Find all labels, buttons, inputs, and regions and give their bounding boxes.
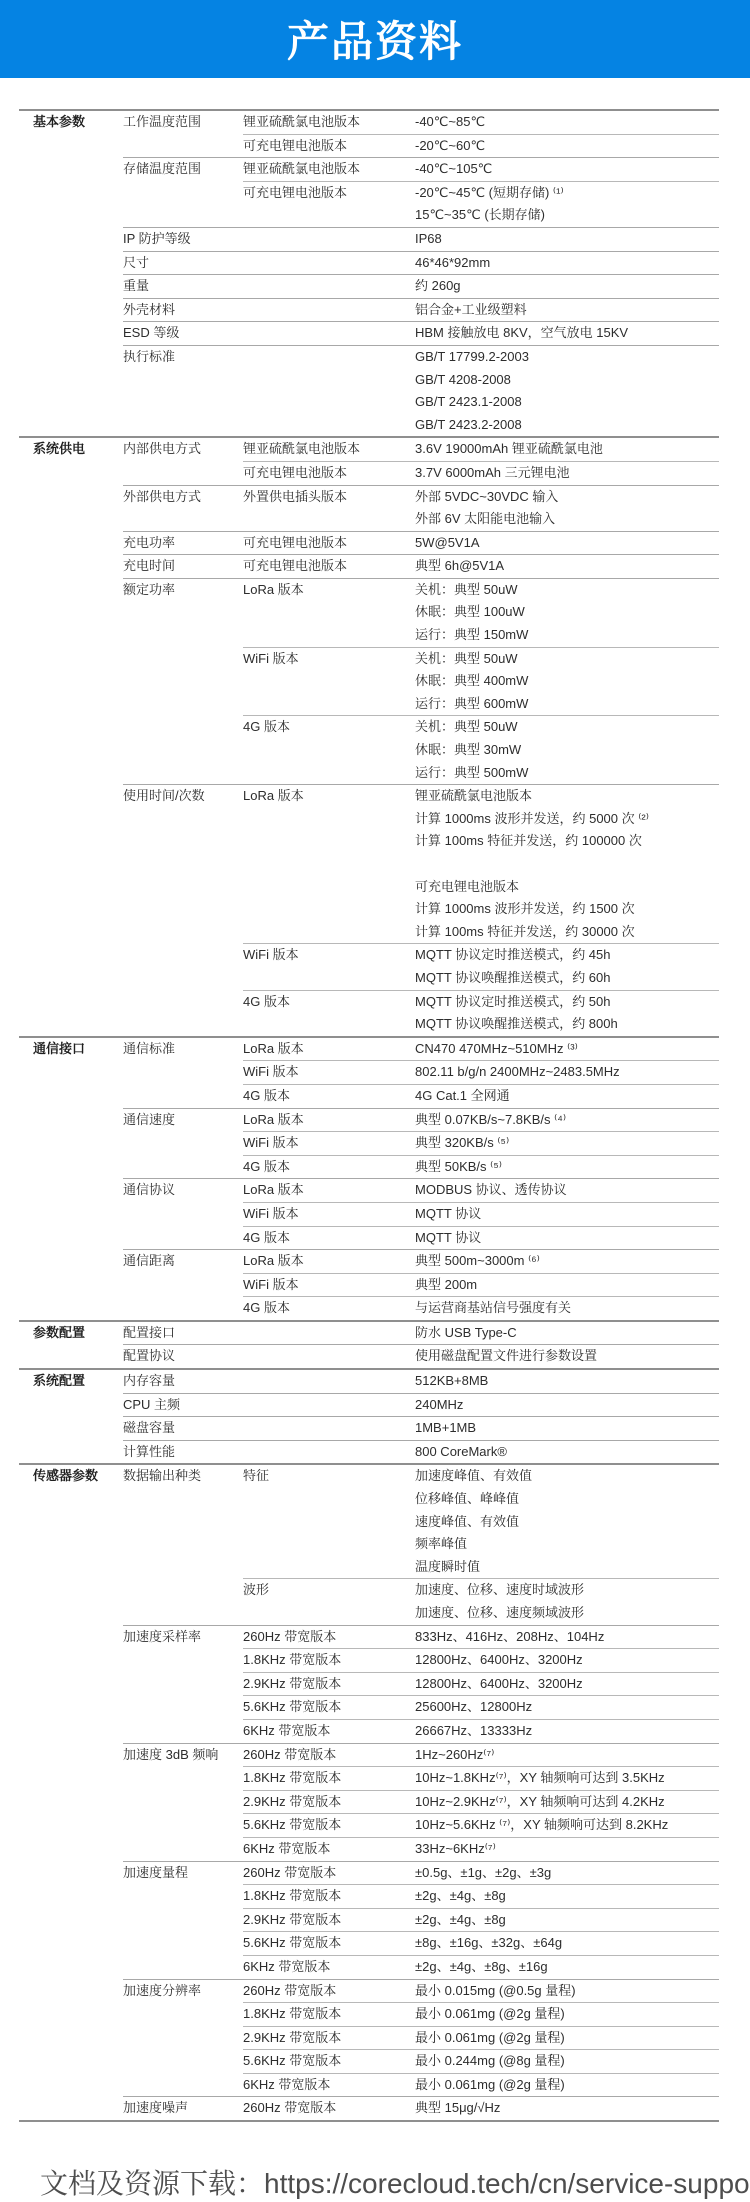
category-cell	[19, 182, 123, 205]
value-cell: 3.6V 19000mAh 锂亚硫酰氯电池	[415, 438, 719, 461]
param-cell	[123, 1203, 243, 1226]
value-line: MQTT 协议定时推送模式，约 45h	[415, 944, 719, 967]
version-cell: LoRa 版本	[243, 1179, 415, 1202]
version-cell: 可充电锂电池版本	[243, 135, 415, 158]
version-cell: LoRa 版本	[243, 1250, 415, 1273]
value-cell: 10Hz~1.8KHz⁽⁷⁾，XY 轴频响可达到 3.5KHz	[415, 1767, 719, 1790]
value-cell: 800 CoreMark®	[415, 1441, 719, 1464]
table-row: 5.6KHz 带宽版本±8g、±16g、±32g、±64g	[19, 1932, 719, 1955]
param-cell: 配置接口	[123, 1322, 243, 1345]
param-cell	[123, 1932, 243, 1955]
value-line: CN470 470MHz~510MHz ⁽³⁾	[415, 1038, 719, 1061]
param-cell	[123, 1227, 243, 1250]
version-cell	[243, 1370, 415, 1393]
value-cell: 10Hz~5.6KHz ⁽⁷⁾，XY 轴频响可达到 8.2KHz	[415, 1814, 719, 1837]
param-cell: 数据输出种类	[123, 1465, 243, 1488]
value-cell: GB/T 17799.2-2003GB/T 4208-2008GB/T 2423…	[415, 346, 719, 436]
value-line: 温度瞬时值	[415, 1556, 719, 1579]
param-cell: 通信距离	[123, 1250, 243, 1273]
value-line: 防水 USB Type-C	[415, 1322, 719, 1345]
version-cell: 1.8KHz 带宽版本	[243, 1767, 415, 1790]
param-cell: 通信标准	[123, 1038, 243, 1061]
value-cell: 46*46*92mm	[415, 252, 719, 275]
value-cell: 最小 0.015mg (@0.5g 量程)	[415, 1980, 719, 2003]
value-cell: ±8g、±16g、±32g、±64g	[415, 1932, 719, 1955]
value-cell: 铝合金+工业级塑料	[415, 299, 719, 322]
version-cell: 1.8KHz 带宽版本	[243, 2003, 415, 2026]
value-cell: 1Hz~260Hz⁽⁷⁾	[415, 1744, 719, 1767]
version-cell	[243, 252, 415, 275]
value-cell: MQTT 协议	[415, 1227, 719, 1250]
value-line: 约 260g	[415, 275, 719, 298]
param-cell: 外部供电方式	[123, 486, 243, 509]
value-cell: MQTT 协议定时推送模式，约 50hMQTT 协议唤醒推送模式，约 800h	[415, 991, 719, 1036]
param-cell	[123, 1838, 243, 1861]
category-cell	[19, 648, 123, 671]
value-line: 外部 5VDC~30VDC 输入	[415, 486, 719, 509]
value-cell: 25600Hz、12800Hz	[415, 1696, 719, 1719]
spec-table: 基本参数工作温度范围锂亚硫酰氯电池版本-40℃~85℃可充电锂电池版本-20℃~…	[19, 109, 719, 2122]
version-cell: WiFi 版本	[243, 1203, 415, 1226]
version-cell: 260Hz 带宽版本	[243, 1744, 415, 1767]
value-cell: 与运营商基站信号强度有关	[415, 1297, 719, 1320]
value-cell: 典型 500m~3000m ⁽⁶⁾	[415, 1250, 719, 1273]
param-cell: 内部供电方式	[123, 438, 243, 461]
table-row: 外部供电方式外置供电插头版本外部 5VDC~30VDC 输入外部 6V 太阳能电…	[19, 486, 719, 531]
param-cell: IP 防护等级	[123, 228, 243, 251]
version-cell: WiFi 版本	[243, 1274, 415, 1297]
value-cell: 最小 0.061mg (@2g 量程)	[415, 2074, 719, 2097]
table-row: 4G 版本MQTT 协议	[19, 1227, 719, 1250]
value-cell: 典型 50KB/s ⁽⁵⁾	[415, 1156, 719, 1179]
param-cell	[123, 1649, 243, 1672]
value-line: 10Hz~5.6KHz ⁽⁷⁾，XY 轴频响可达到 8.2KHz	[415, 1814, 719, 1837]
version-cell	[243, 275, 415, 298]
version-cell: WiFi 版本	[243, 648, 415, 671]
param-cell: CPU 主频	[123, 1394, 243, 1417]
category-cell	[19, 1767, 123, 1790]
category-cell: 传感器参数	[19, 1465, 123, 1488]
table-row: 6KHz 带宽版本26667Hz、13333Hz	[19, 1720, 719, 1743]
version-cell: 4G 版本	[243, 1227, 415, 1250]
table-row: 加速度噪声260Hz 带宽版本典型 15μg/√Hz	[19, 2097, 719, 2120]
table-row: 系统供电内部供电方式锂亚硫酰氯电池版本3.6V 19000mAh 锂亚硫酰氯电池	[19, 438, 719, 461]
table-row: CPU 主频240MHz	[19, 1394, 719, 1417]
value-line: 10Hz~1.8KHz⁽⁷⁾，XY 轴频响可达到 3.5KHz	[415, 1767, 719, 1790]
table-row: 2.9KHz 带宽版本10Hz~2.9KHz⁽⁷⁾，XY 轴频响可达到 4.2K…	[19, 1791, 719, 1814]
category-cell	[19, 1417, 123, 1440]
table-row: 2.9KHz 带宽版本最小 0.061mg (@2g 量程)	[19, 2027, 719, 2050]
value-line: 最小 0.061mg (@2g 量程)	[415, 2074, 719, 2097]
value-line: 与运营商基站信号强度有关	[415, 1297, 719, 1320]
param-cell: 加速度量程	[123, 1862, 243, 1885]
value-line: ±2g、±4g、±8g	[415, 1885, 719, 1908]
category-cell	[19, 1814, 123, 1837]
category-cell	[19, 716, 123, 739]
category-cell	[19, 1250, 123, 1273]
category-cell	[19, 1132, 123, 1155]
table-row: 6KHz 带宽版本33Hz~6KHz⁽⁷⁾	[19, 1838, 719, 1861]
value-line: ±2g、±4g、±8g	[415, 1909, 719, 1932]
version-cell: 5.6KHz 带宽版本	[243, 2050, 415, 2073]
category-cell	[19, 2074, 123, 2097]
value-cell: 33Hz~6KHz⁽⁷⁾	[415, 1838, 719, 1861]
value-line: 休眠：典型 30mW	[415, 739, 719, 762]
version-cell: 可充电锂电池版本	[243, 462, 415, 485]
version-cell: 2.9KHz 带宽版本	[243, 1791, 415, 1814]
version-cell: 260Hz 带宽版本	[243, 1980, 415, 2003]
table-row: 基本参数工作温度范围锂亚硫酰氯电池版本-40℃~85℃	[19, 111, 719, 134]
table-row: WiFi 版本典型 320KB/s ⁽⁵⁾	[19, 1132, 719, 1155]
category-cell	[19, 275, 123, 298]
table-row: 加速度分辨率260Hz 带宽版本最小 0.015mg (@0.5g 量程)	[19, 1980, 719, 2003]
value-line: 5W@5V1A	[415, 532, 719, 555]
table-row: WiFi 版本MQTT 协议	[19, 1203, 719, 1226]
category-cell	[19, 1345, 123, 1368]
value-line: 休眠：典型 100uW	[415, 601, 719, 624]
category-cell	[19, 1626, 123, 1649]
category-cell	[19, 1441, 123, 1464]
category-cell	[19, 1274, 123, 1297]
category-cell	[19, 1932, 123, 1955]
value-line: 最小 0.015mg (@0.5g 量程)	[415, 1980, 719, 2003]
version-cell: 5.6KHz 带宽版本	[243, 1696, 415, 1719]
param-cell: 使用时间/次数	[123, 785, 243, 808]
table-row: ESD 等级HBM 接触放电 8KV，空气放电 15KV	[19, 322, 719, 345]
version-cell: 可充电锂电池版本	[243, 182, 415, 205]
table-row: 5.6KHz 带宽版本最小 0.244mg (@8g 量程)	[19, 2050, 719, 2073]
value-line: MQTT 协议唤醒推送模式，约 60h	[415, 967, 719, 990]
table-row: 波形加速度、位移、速度时域波形加速度、位移、速度频域波形	[19, 1579, 719, 1624]
version-cell: 特征	[243, 1465, 415, 1488]
version-cell: WiFi 版本	[243, 1132, 415, 1155]
version-cell: 6KHz 带宽版本	[243, 1838, 415, 1861]
param-cell: 外壳材料	[123, 299, 243, 322]
value-line: 加速度、位移、速度时域波形	[415, 1579, 719, 1602]
value-line: 3.7V 6000mAh 三元锂电池	[415, 462, 719, 485]
value-line: -20℃~45℃ (短期存储) ⁽¹⁾	[415, 182, 719, 205]
page-title: 产品资料	[287, 9, 463, 69]
value-line: 关机：典型 50uW	[415, 648, 719, 671]
value-line: 833Hz、416Hz、208Hz、104Hz	[415, 1626, 719, 1649]
value-line: 802.11 b/g/n 2400MHz~2483.5MHz	[415, 1061, 719, 1084]
version-cell: WiFi 版本	[243, 1061, 415, 1084]
divider-section	[19, 2120, 719, 2122]
value-line: GB/T 4208-2008	[415, 369, 719, 392]
table-row: 4G 版本典型 50KB/s ⁽⁵⁾	[19, 1156, 719, 1179]
value-cell: 加速度、位移、速度时域波形加速度、位移、速度频域波形	[415, 1579, 719, 1624]
value-cell: 使用磁盘配置文件进行参数设置	[415, 1345, 719, 1368]
category-cell	[19, 486, 123, 509]
category-cell	[19, 1862, 123, 1885]
value-line: ±8g、±16g、±32g、±64g	[415, 1932, 719, 1955]
table-row: 外壳材料铝合金+工业级塑料	[19, 299, 719, 322]
table-row: 4G 版本关机：典型 50uW休眠：典型 30mW运行：典型 500mW	[19, 716, 719, 784]
param-cell	[123, 1085, 243, 1108]
table-row: WiFi 版本802.11 b/g/n 2400MHz~2483.5MHz	[19, 1061, 719, 1084]
category-cell	[19, 299, 123, 322]
value-line: 可充电锂电池版本	[415, 876, 719, 899]
table-row: 2.9KHz 带宽版本12800Hz、6400Hz、3200Hz	[19, 1673, 719, 1696]
value-cell: 加速度峰值、有效值位移峰值、峰峰值速度峰值、有效值频率峰值温度瞬时值	[415, 1465, 719, 1578]
table-row: 加速度采样率260Hz 带宽版本833Hz、416Hz、208Hz、104Hz	[19, 1626, 719, 1649]
table-row: 参数配置配置接口防水 USB Type-C	[19, 1322, 719, 1345]
value-cell: 1MB+1MB	[415, 1417, 719, 1440]
value-line: 25600Hz、12800Hz	[415, 1696, 719, 1719]
param-cell	[123, 2050, 243, 2073]
table-row: 2.9KHz 带宽版本±2g、±4g、±8g	[19, 1909, 719, 1932]
param-cell	[123, 1132, 243, 1155]
value-line: HBM 接触放电 8KV，空气放电 15KV	[415, 322, 719, 345]
version-cell: 4G 版本	[243, 1085, 415, 1108]
param-cell: 尺寸	[123, 252, 243, 275]
table-row: 计算性能800 CoreMark®	[19, 1441, 719, 1464]
version-cell	[243, 1394, 415, 1417]
value-cell: 最小 0.244mg (@8g 量程)	[415, 2050, 719, 2073]
value-line: 26667Hz、13333Hz	[415, 1720, 719, 1743]
value-line: 典型 500m~3000m ⁽⁶⁾	[415, 1250, 719, 1273]
table-row: 磁盘容量1MB+1MB	[19, 1417, 719, 1440]
value-line: 锂亚硫酰氯电池版本	[415, 785, 719, 808]
value-line: 外部 6V 太阳能电池输入	[415, 508, 719, 531]
version-cell	[243, 1345, 415, 1368]
category-cell: 系统供电	[19, 438, 123, 461]
category-cell	[19, 346, 123, 369]
value-line: ±0.5g、±1g、±2g、±3g	[415, 1862, 719, 1885]
value-cell: ±2g、±4g、±8g	[415, 1885, 719, 1908]
param-cell: 通信速度	[123, 1109, 243, 1132]
category-cell	[19, 158, 123, 181]
version-cell: 1.8KHz 带宽版本	[243, 1649, 415, 1672]
category-cell	[19, 1673, 123, 1696]
param-cell	[123, 648, 243, 671]
table-row: 配置协议使用磁盘配置文件进行参数设置	[19, 1345, 719, 1368]
category-cell	[19, 1696, 123, 1719]
param-cell	[123, 1720, 243, 1743]
value-cell: CN470 470MHz~510MHz ⁽³⁾	[415, 1038, 719, 1061]
value-line: 最小 0.244mg (@8g 量程)	[415, 2050, 719, 2073]
param-cell: 额定功率	[123, 579, 243, 602]
table-row: 重量约 260g	[19, 275, 719, 298]
version-cell: 2.9KHz 带宽版本	[243, 2027, 415, 2050]
version-cell: LoRa 版本	[243, 1109, 415, 1132]
value-cell: 512KB+8MB	[415, 1370, 719, 1393]
value-line: 4G Cat.1 全网通	[415, 1085, 719, 1108]
value-cell: 3.7V 6000mAh 三元锂电池	[415, 462, 719, 485]
value-line: 800 CoreMark®	[415, 1441, 719, 1464]
value-line: -40℃~105℃	[415, 158, 719, 181]
value-line: 关机：典型 50uW	[415, 716, 719, 739]
version-cell: 4G 版本	[243, 1156, 415, 1179]
param-cell	[123, 1791, 243, 1814]
table-row: 存储温度范围锂亚硫酰氯电池版本-40℃~105℃	[19, 158, 719, 181]
value-line: MODBUS 协议、透传协议	[415, 1179, 719, 1202]
table-row: 5.6KHz 带宽版本10Hz~5.6KHz ⁽⁷⁾，XY 轴频响可达到 8.2…	[19, 1814, 719, 1837]
category-cell	[19, 1203, 123, 1226]
value-line: GB/T 2423.1-2008	[415, 391, 719, 414]
value-line: 运行：典型 150mW	[415, 624, 719, 647]
version-cell: WiFi 版本	[243, 944, 415, 967]
value-line: 速度峰值、有效值	[415, 1511, 719, 1534]
value-cell: 典型 15μg/√Hz	[415, 2097, 719, 2120]
value-line: 最小 0.061mg (@2g 量程)	[415, 2027, 719, 2050]
category-cell	[19, 1909, 123, 1932]
value-line: 使用磁盘配置文件进行参数设置	[415, 1345, 719, 1368]
version-cell: 可充电锂电池版本	[243, 555, 415, 578]
table-row: 额定功率LoRa 版本关机：典型 50uW休眠：典型 100uW运行：典型 15…	[19, 579, 719, 647]
param-cell: 通信协议	[123, 1179, 243, 1202]
category-cell	[19, 1885, 123, 1908]
category-cell	[19, 1649, 123, 1672]
category-cell	[19, 2027, 123, 2050]
version-cell: 6KHz 带宽版本	[243, 1956, 415, 1979]
param-cell: 重量	[123, 275, 243, 298]
param-cell: 加速度 3dB 频响	[123, 1744, 243, 1767]
table-row: 充电时间可充电锂电池版本典型 6h@5V1A	[19, 555, 719, 578]
download-url: https://corecloud.tech/cn/service-suppor…	[264, 2168, 750, 2199]
value-line: 频率峰值	[415, 1533, 719, 1556]
category-cell	[19, 991, 123, 1014]
value-cell: 典型 200m	[415, 1274, 719, 1297]
table-row: IP 防护等级IP68	[19, 228, 719, 251]
version-cell: LoRa 版本	[243, 785, 415, 808]
version-cell	[243, 1441, 415, 1464]
table-row: 可充电锂电池版本3.7V 6000mAh 三元锂电池	[19, 462, 719, 485]
value-line: 46*46*92mm	[415, 252, 719, 275]
param-cell	[123, 1956, 243, 1979]
value-line: 1MB+1MB	[415, 1417, 719, 1440]
version-cell	[243, 1417, 415, 1440]
table-row: 使用时间/次数LoRa 版本锂亚硫酰氯电池版本计算 1000ms 波形并发送，约…	[19, 785, 719, 943]
value-cell: -20℃~60℃	[415, 135, 719, 158]
table-row: 6KHz 带宽版本最小 0.061mg (@2g 量程)	[19, 2074, 719, 2097]
param-cell	[123, 1909, 243, 1932]
category-cell	[19, 322, 123, 345]
value-line: 运行：典型 600mW	[415, 693, 719, 716]
value-line: 位移峰值、峰峰值	[415, 1488, 719, 1511]
param-cell	[123, 1885, 243, 1908]
category-cell	[19, 2050, 123, 2073]
value-line: MQTT 协议唤醒推送模式，约 800h	[415, 1013, 719, 1036]
version-cell: 锂亚硫酰氯电池版本	[243, 111, 415, 134]
value-line: 典型 50KB/s ⁽⁵⁾	[415, 1156, 719, 1179]
table-row: 1.8KHz 带宽版本10Hz~1.8KHz⁽⁷⁾，XY 轴频响可达到 3.5K…	[19, 1767, 719, 1790]
category-cell	[19, 1744, 123, 1767]
table-row: 5.6KHz 带宽版本25600Hz、12800Hz	[19, 1696, 719, 1719]
table-row: WiFi 版本典型 200m	[19, 1274, 719, 1297]
table-row: 4G 版本MQTT 协议定时推送模式，约 50hMQTT 协议唤醒推送模式，约 …	[19, 991, 719, 1036]
value-cell: 最小 0.061mg (@2g 量程)	[415, 2027, 719, 2050]
version-cell: 可充电锂电池版本	[243, 532, 415, 555]
download-label: 文档及资源下载：	[40, 2168, 264, 2199]
value-line: ±2g、±4g、±8g、±16g	[415, 1956, 719, 1979]
value-cell: 10Hz~2.9KHz⁽⁷⁾，XY 轴频响可达到 4.2KHz	[415, 1791, 719, 1814]
param-cell: 执行标准	[123, 346, 243, 369]
version-cell	[243, 346, 415, 369]
value-line: 休眠：典型 400mW	[415, 670, 719, 693]
table-row: WiFi 版本关机：典型 50uW休眠：典型 400mW运行：典型 600mW	[19, 648, 719, 716]
category-cell: 参数配置	[19, 1322, 123, 1345]
value-cell: 12800Hz、6400Hz、3200Hz	[415, 1649, 719, 1672]
value-cell: MQTT 协议	[415, 1203, 719, 1226]
param-cell	[123, 2003, 243, 2026]
param-cell: 充电时间	[123, 555, 243, 578]
value-cell: 典型 320KB/s ⁽⁵⁾	[415, 1132, 719, 1155]
param-cell	[123, 1156, 243, 1179]
table-row: 通信接口通信标准LoRa 版本CN470 470MHz~510MHz ⁽³⁾	[19, 1038, 719, 1061]
value-line: 计算 100ms 特征并发送，约 30000 次	[415, 921, 719, 944]
value-line: 1Hz~260Hz⁽⁷⁾	[415, 1744, 719, 1767]
table-row: 1.8KHz 带宽版本±2g、±4g、±8g	[19, 1885, 719, 1908]
download-line: 文档及资源下载：https://corecloud.tech/cn/servic…	[40, 2162, 750, 2202]
version-cell	[243, 299, 415, 322]
value-line: 10Hz~2.9KHz⁽⁷⁾，XY 轴频响可达到 4.2KHz	[415, 1791, 719, 1814]
category-cell	[19, 579, 123, 602]
param-cell	[123, 1579, 243, 1602]
category-cell: 系统配置	[19, 1370, 123, 1393]
param-cell: 计算性能	[123, 1441, 243, 1464]
table-row: 4G 版本4G Cat.1 全网通	[19, 1085, 719, 1108]
table-row: 通信协议LoRa 版本MODBUS 协议、透传协议	[19, 1179, 719, 1202]
table-row: 加速度 3dB 频响260Hz 带宽版本1Hz~260Hz⁽⁷⁾	[19, 1744, 719, 1767]
table-row: 可充电锂电池版本-20℃~45℃ (短期存储) ⁽¹⁾15℃~35℃ (长期存储…	[19, 182, 719, 227]
value-cell: 5W@5V1A	[415, 532, 719, 555]
value-cell: 4G Cat.1 全网通	[415, 1085, 719, 1108]
category-cell	[19, 228, 123, 251]
param-cell	[123, 1274, 243, 1297]
category-cell	[19, 555, 123, 578]
value-line: 12800Hz、6400Hz、3200Hz	[415, 1673, 719, 1696]
version-cell: 1.8KHz 带宽版本	[243, 1885, 415, 1908]
category-cell	[19, 1227, 123, 1250]
value-cell: ±2g、±4g、±8g、±16g	[415, 1956, 719, 1979]
value-cell: 802.11 b/g/n 2400MHz~2483.5MHz	[415, 1061, 719, 1084]
value-cell: HBM 接触放电 8KV，空气放电 15KV	[415, 322, 719, 345]
param-cell	[123, 1814, 243, 1837]
table-row: 1.8KHz 带宽版本12800Hz、6400Hz、3200Hz	[19, 1649, 719, 1672]
version-cell: 外置供电插头版本	[243, 486, 415, 509]
value-cell: -20℃~45℃ (短期存储) ⁽¹⁾15℃~35℃ (长期存储)	[415, 182, 719, 227]
value-line: 运行：典型 500mW	[415, 762, 719, 785]
param-cell	[123, 991, 243, 1014]
value-cell: 典型 6h@5V1A	[415, 555, 719, 578]
param-cell: 加速度噪声	[123, 2097, 243, 2120]
value-line: 典型 6h@5V1A	[415, 555, 719, 578]
value-cell: 最小 0.061mg (@2g 量程)	[415, 2003, 719, 2026]
category-cell	[19, 785, 123, 808]
value-cell: 关机：典型 50uW休眠：典型 400mW运行：典型 600mW	[415, 648, 719, 716]
category-cell	[19, 2003, 123, 2026]
category-cell	[19, 944, 123, 967]
value-cell: 关机：典型 50uW休眠：典型 100uW运行：典型 150mW	[415, 579, 719, 647]
param-cell: 存储温度范围	[123, 158, 243, 181]
category-cell	[19, 1720, 123, 1743]
value-cell: ±2g、±4g、±8g	[415, 1909, 719, 1932]
table-row: 可充电锂电池版本-20℃~60℃	[19, 135, 719, 158]
value-cell: MODBUS 协议、透传协议	[415, 1179, 719, 1202]
value-line: 加速度、位移、速度频域波形	[415, 1602, 719, 1625]
value-line: 512KB+8MB	[415, 1370, 719, 1393]
value-cell: 833Hz、416Hz、208Hz、104Hz	[415, 1626, 719, 1649]
param-cell	[123, 1696, 243, 1719]
value-line: 典型 320KB/s ⁽⁵⁾	[415, 1132, 719, 1155]
value-line: 12800Hz、6400Hz、3200Hz	[415, 1649, 719, 1672]
version-cell: LoRa 版本	[243, 579, 415, 602]
param-cell: 加速度分辨率	[123, 1980, 243, 2003]
value-line: 计算 100ms 特征并发送，约 100000 次	[415, 830, 719, 853]
value-line: 典型 0.07KB/s~7.8KB/s ⁽⁴⁾	[415, 1109, 719, 1132]
param-cell: 内存容量	[123, 1370, 243, 1393]
